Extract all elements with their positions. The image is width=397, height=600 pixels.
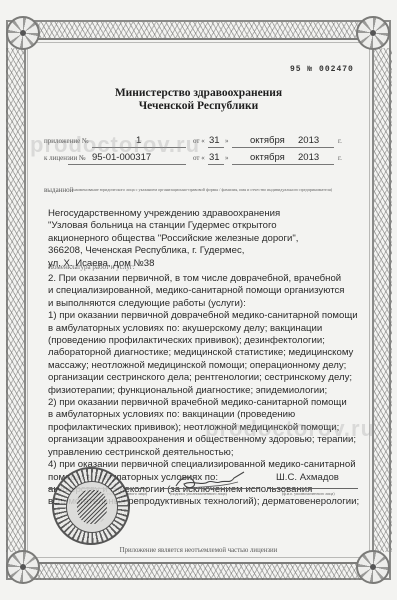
signer-name: Ш.С. Ахмадов — [276, 472, 339, 483]
name-hint: (ф.и.о. уполномоченного лица) — [282, 491, 335, 496]
appendix-month: октября — [250, 135, 285, 146]
service-line: и специализированной, медико-санитарной … — [48, 285, 378, 297]
service-line: 2) при оказании первичной врачебной меди… — [48, 397, 378, 409]
issuer-title-line-2: Чеченской Республики — [0, 100, 397, 112]
issuer-title-line-1: Министерство здравоохранения — [0, 87, 397, 99]
license-day: 31 — [209, 152, 220, 163]
serial-number: 95 № 002470 — [290, 65, 354, 74]
watermark: prodoctorov.ru — [30, 132, 200, 158]
service-line: и выполняются следующие работы (услуги): — [48, 298, 378, 310]
license-appendix-page: 95 № 002470 Министерство здравоохранения… — [0, 0, 397, 600]
rosette-icon — [356, 16, 390, 50]
footer-note: Приложение является неотъемлемой частью … — [0, 547, 397, 554]
licensee-line: акционерного общества "Российские железн… — [48, 233, 378, 245]
service-line: в амбулаторных условиях по: акушерскому … — [48, 323, 378, 335]
service-line: (проведению профилактических прививок); … — [48, 335, 378, 347]
signature-icon — [172, 470, 247, 492]
watermark: prodoctorov.ru — [205, 416, 375, 442]
service-line: 1) при оказании первичной доврачебной ме… — [48, 310, 378, 322]
service-line: массажу; неотложной медицинской помощи; … — [48, 360, 378, 372]
licensee-line: Негосударственному учреждению здравоохра… — [48, 208, 378, 220]
service-line: лабораторной диагностике; медицинской ст… — [48, 347, 378, 359]
year-suffix: г. — [338, 154, 342, 162]
seal-inner-ring — [66, 481, 118, 533]
issued-to-label: выданной — [44, 186, 73, 194]
license-year: 2013 — [298, 152, 319, 163]
service-line: организации сестринского дела; рентгенол… — [48, 372, 378, 384]
year-suffix: г. — [338, 137, 342, 145]
rosette-icon — [6, 550, 40, 584]
licensee-line: "Узловая больница на станции Гудермес от… — [48, 220, 378, 232]
licensee-block: Негосударственному учреждению здравоохра… — [48, 208, 378, 270]
rosette-icon — [356, 550, 390, 584]
serial-series: 95 — [290, 65, 302, 74]
official-seal-stamp — [52, 467, 130, 545]
nomenclature-label: Номенклатура работ и услуг: — [48, 263, 135, 271]
appendix-year: 2013 — [298, 135, 319, 146]
coat-of-arms-icon — [77, 490, 107, 524]
service-line: управлению сестринской деятельностью; — [48, 447, 378, 459]
rosette-icon — [6, 16, 40, 50]
number-sign: № — [307, 65, 313, 74]
licensee-line: 366208, Чеченская Республика, г. Гудерме… — [48, 245, 378, 257]
serial-value: 002470 — [319, 65, 354, 74]
service-line: 2. При оказании первичной, в том числе д… — [48, 273, 378, 285]
ornament-band-left — [6, 48, 26, 552]
quote-close: » — [225, 137, 229, 145]
issued-to-hint: (наименование юридического лица с указан… — [72, 187, 362, 199]
license-month: октября — [250, 152, 285, 163]
service-line: физиотерапии; функциональной диагностике… — [48, 385, 378, 397]
appendix-day: 31 — [209, 135, 220, 146]
ornament-band-bottom — [36, 562, 361, 580]
ornament-band-top — [36, 22, 361, 40]
quote-close: » — [225, 154, 229, 162]
